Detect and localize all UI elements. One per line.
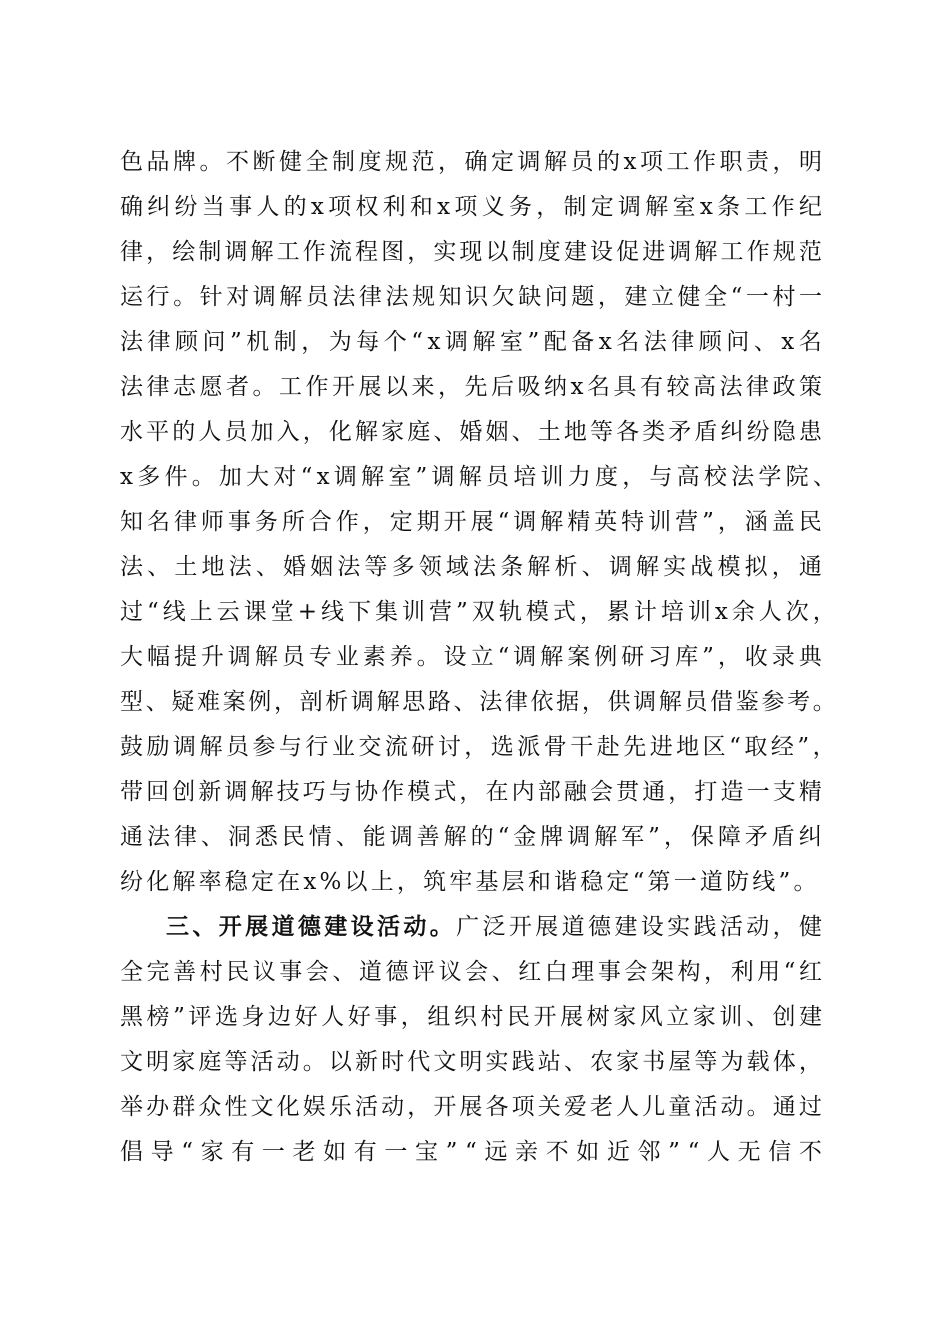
- document-page: 色品牌。不断健全制度规范，确定调解员的x项工作职责，明确纠纷当事人的x项权利和x…: [0, 0, 950, 1344]
- text-line: 知名律师事务所合作，定期开展“调解精英特训营”，涵盖民: [120, 505, 822, 550]
- text-line: 确纠纷当事人的x项权利和x项义务，制定调解室x条工作纪: [120, 190, 822, 235]
- section-heading-char: 展: [245, 910, 268, 955]
- text-line: 法律志愿者。工作开展以来，先后吸纳x名具有较高法律政策: [120, 370, 822, 415]
- document-body: 色品牌。不断健全制度规范，确定调解员的x项工作职责，明确纠纷当事人的x项权利和x…: [120, 145, 822, 1180]
- section-heading-char: 建: [324, 910, 347, 955]
- section-heading-char: 活: [377, 910, 400, 955]
- section-heading-char: 开: [219, 910, 242, 955]
- section-heading-char: 三: [166, 910, 189, 955]
- paragraph-mediation: 色品牌。不断健全制度规范，确定调解员的x项工作职责，明确纠纷当事人的x项权利和x…: [120, 145, 822, 910]
- text-line: 黑榜”评选身边好人好事，组织村民开展树家风立家训、创建: [120, 1000, 822, 1045]
- text-line: 律，绘制调解工作流程图，实现以制度建设促进调解工作规范: [120, 235, 822, 280]
- text-line: 倡导“家有一老如有一宝”“远亲不如近邻”“人无信不: [120, 1135, 822, 1180]
- text-line: 带回创新调解技巧与协作模式，在内部融会贯通，打造一支精: [120, 775, 822, 820]
- section-heading-char: 、: [192, 910, 215, 955]
- section-heading-char: 德: [298, 910, 321, 955]
- text-line: 全完善村民议事会、道德评议会、红白理事会架构，利用“红: [120, 955, 822, 1000]
- text-line: x多件。加大对“x调解室”调解员培训力度，与高校法学院、: [120, 460, 822, 505]
- section-heading-char: 设: [351, 910, 374, 955]
- text-line: 通法律、洞悉民情、能调善解的“金牌调解军”，保障矛盾纠: [120, 820, 822, 865]
- text-line: 大幅提升调解员专业素养。设立“调解案例研习库”，收录典: [120, 640, 822, 685]
- section-heading-char: 。: [430, 910, 453, 955]
- text-line: 举办群众性文化娱乐活动，开展各项关爱老人儿童活动。通过: [120, 1090, 822, 1135]
- text-line: 文明家庭等活动。以新时代文明实践站、农家书屋等为载体，: [120, 1045, 822, 1090]
- text-line: 运行。针对调解员法律法规知识欠缺问题，建立健全“一村一: [120, 280, 822, 325]
- section-heading-char: 动: [403, 910, 426, 955]
- paragraph-moral-building: 三、开展道德建设活动。广泛开展道德建设实践活动，健 全完善村民议事会、道德评议会…: [120, 910, 822, 1180]
- text-line: 法、土地法、婚姻法等多领域法条解析、调解实战模拟，通: [120, 550, 822, 595]
- section-heading-char: 道: [272, 910, 295, 955]
- text-line: 纷化解率稳定在x%以上，筑牢基层和谐稳定“第一道防线”。: [120, 865, 822, 910]
- text-line: 过“线上云课堂+线下集训营”双轨模式，累计培训x余人次，: [120, 595, 822, 640]
- text-line: 法律顾问”机制，为每个“x调解室”配备x名法律顾问、x名: [120, 325, 822, 370]
- text-line: 水平的人员加入，化解家庭、婚姻、土地等各类矛盾纠纷隐患: [120, 415, 822, 460]
- paragraph-first-line: 三、开展道德建设活动。广泛开展道德建设实践活动，健: [120, 910, 822, 955]
- text-line: 鼓励调解员参与行业交流研讨，选派骨干赴先进地区“取经”，: [120, 730, 822, 775]
- text-line: 型、疑难案例，剖析调解思路、法律依据，供调解员借鉴参考。: [120, 685, 822, 730]
- text-line: 色品牌。不断健全制度规范，确定调解员的x项工作职责，明: [120, 145, 822, 190]
